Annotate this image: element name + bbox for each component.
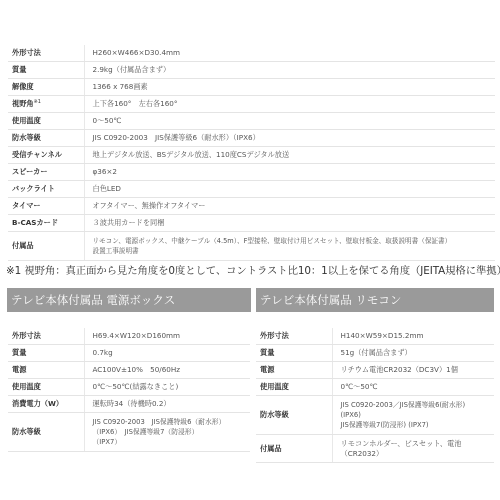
spec-value-line2: （CR2032） <box>341 449 495 459</box>
spec-value: H140×W59×D15.2mm <box>332 328 494 345</box>
spec-value: 0℃～50℃(結露なきこと) <box>84 379 250 396</box>
spec-label: バックライト <box>8 181 84 198</box>
spec-label: 質量 <box>8 345 84 362</box>
spec-label: 付属品 <box>256 435 332 463</box>
spec-value: 2.9kg（付属品含まず） <box>84 62 495 79</box>
spec-row: 付属品リモコン、電源ボックス、中継ケーブル（4.5m）、F型接栓、壁取付け用ビス… <box>8 232 495 261</box>
spec-value-line3: （IPX7） <box>93 437 251 447</box>
spec-label: 使用温度 <box>8 113 84 130</box>
spec-row: 付属品リモコンホルダー、ビスセット、電池（CR2032） <box>256 435 494 463</box>
spec-row: 消費電力（W）運転時34（待機時0.2） <box>8 396 250 413</box>
spec-row: バックライト白色LED <box>8 181 495 198</box>
spec-label: B-CASカード <box>8 215 84 232</box>
remote-heading: テレビ本体付属品 リモコン <box>256 288 494 312</box>
spec-value: リチウム電池CR2032（DC3V）1個 <box>332 362 494 379</box>
spec-label: 受信チャンネル <box>8 147 84 164</box>
spec-value: JIS C0920-2003 JIS保護等級6（耐水形）（IPX6） <box>84 130 495 147</box>
spec-label: 電源 <box>8 362 84 379</box>
spec-row: 外形寸法H140×W59×D15.2mm <box>256 328 494 345</box>
spec-row: 質量0.7kg <box>8 345 250 362</box>
power-box-spec-table: 外形寸法H69.4×W120×D160mm 質量0.7kg 電源AC100V±1… <box>8 328 250 452</box>
spec-label: 付属品 <box>8 232 84 261</box>
spec-label: 外形寸法 <box>8 45 84 62</box>
spec-row: 質量2.9kg（付属品含まず） <box>8 62 495 79</box>
spec-label: タイマー <box>8 198 84 215</box>
spec-value-cell: リモコンホルダー、ビスセット、電池（CR2032） <box>332 435 494 463</box>
spec-value: AC100V±10% 50/60Hz <box>84 362 250 379</box>
spec-value: 0℃～50℃ <box>332 379 494 396</box>
spec-value: ３波共用カードを同梱 <box>84 215 495 232</box>
spec-value: 上下各160° 左右各160° <box>84 96 495 113</box>
spec-label: 外形寸法 <box>8 328 84 345</box>
spec-label: 解像度 <box>8 79 84 96</box>
spec-row: 外形寸法H69.4×W120×D160mm <box>8 328 250 345</box>
spec-label: 質量 <box>8 62 84 79</box>
spec-row: スピーカーφ36×2 <box>8 164 495 181</box>
spec-row: 防水等級JIS C0920-2003／JIS保護等級6(耐水形)(IPX6)JI… <box>256 396 494 435</box>
spec-row: タイマーオフタイマー、無操作オフタイマー <box>8 198 495 215</box>
spec-value-line2: 設置工事説明書 <box>93 246 496 256</box>
spec-row: 質量51g（付属品含まず） <box>256 345 494 362</box>
spec-value: 1366 x 768画素 <box>84 79 495 96</box>
spec-value: JIS C0920-2003 JIS保護特級6（耐水形） <box>93 417 251 427</box>
spec-row: 電源リチウム電池CR2032（DC3V）1個 <box>256 362 494 379</box>
spec-value-line2: （IPX6） JIS保護等級7（防浸形） <box>93 427 251 437</box>
spec-value: 0.7kg <box>84 345 250 362</box>
power-box-heading: テレビ本体付属品 電源ボックス <box>7 288 251 312</box>
spec-value: φ36×2 <box>84 164 495 181</box>
spec-row: 視野角※1上下各160° 左右各160° <box>8 96 495 113</box>
spec-value-line2: (IPX6) <box>341 410 495 420</box>
spec-row: 防水等級JIS C0920-2003 JIS保護特級6（耐水形）（IPX6） J… <box>8 413 250 452</box>
spec-value: リモコン、電源ボックス、中継ケーブル（4.5m）、F型接栓、壁取付け用ビスセット… <box>93 236 496 246</box>
spec-value: 0～50℃ <box>84 113 495 130</box>
spec-row: 外形寸法H260×W466×D30.4mm <box>8 45 495 62</box>
spec-label-cell: 視野角※1 <box>8 96 84 113</box>
spec-row: 受信チャンネル地上デジタル放送、BSデジタル放送、110度CSデジタル放送 <box>8 147 495 164</box>
spec-label: 使用温度 <box>8 379 84 396</box>
spec-label: 外形寸法 <box>256 328 332 345</box>
spec-row: B-CASカード３波共用カードを同梱 <box>8 215 495 232</box>
main-spec-table: 外形寸法H260×W466×D30.4mm 質量2.9kg（付属品含まず） 解像… <box>8 45 495 261</box>
footnote: ※1 視野角：真正面から見た角度を0度として、コントラスト比10：1以上を保てる… <box>6 262 500 277</box>
spec-value: JIS C0920-2003／JIS保護等級6(耐水形) <box>341 400 495 410</box>
spec-value: 白色LED <box>84 181 495 198</box>
spec-value: リモコンホルダー、ビスセット、電池 <box>341 439 495 449</box>
spec-label: 防水等級 <box>256 396 332 435</box>
spec-row: 防水等級JIS C0920-2003 JIS保護等級6（耐水形）（IPX6） <box>8 130 495 147</box>
spec-row: 使用温度0～50℃ <box>8 113 495 130</box>
spec-value: 51g（付属品含まず） <box>332 345 494 362</box>
spec-value: H260×W466×D30.4mm <box>84 45 495 62</box>
spec-label: 消費電力（W） <box>8 396 84 413</box>
remote-spec-table: 外形寸法H140×W59×D15.2mm 質量51g（付属品含まず） 電源リチウ… <box>256 328 494 463</box>
spec-value: 地上デジタル放送、BSデジタル放送、110度CSデジタル放送 <box>84 147 495 164</box>
spec-row: 使用温度0℃～50℃(結露なきこと) <box>8 379 250 396</box>
spec-label: 使用温度 <box>256 379 332 396</box>
spec-label: スピーカー <box>8 164 84 181</box>
spec-label: 視野角 <box>12 99 34 108</box>
spec-row: 解像度1366 x 768画素 <box>8 79 495 96</box>
spec-value: 運転時34（待機時0.2） <box>84 396 250 413</box>
spec-value-cell: リモコン、電源ボックス、中継ケーブル（4.5m）、F型接栓、壁取付け用ビスセット… <box>84 232 495 261</box>
spec-value: H69.4×W120×D160mm <box>84 328 250 345</box>
spec-row: 電源AC100V±10% 50/60Hz <box>8 362 250 379</box>
spec-label: 電源 <box>256 362 332 379</box>
spec-value-cell: JIS C0920-2003 JIS保護特級6（耐水形）（IPX6） JIS保護… <box>84 413 250 452</box>
spec-label: 防水等級 <box>8 413 84 452</box>
spec-value-line3: JIS保護等級7(防浸形) (IPX7) <box>341 420 495 430</box>
spec-label: 質量 <box>256 345 332 362</box>
spec-label: 防水等級 <box>8 130 84 147</box>
spec-value-cell: JIS C0920-2003／JIS保護等級6(耐水形)(IPX6)JIS保護等… <box>332 396 494 435</box>
spec-row: 使用温度0℃～50℃ <box>256 379 494 396</box>
footnote-ref: ※1 <box>34 99 41 105</box>
spec-value: オフタイマー、無操作オフタイマー <box>84 198 495 215</box>
